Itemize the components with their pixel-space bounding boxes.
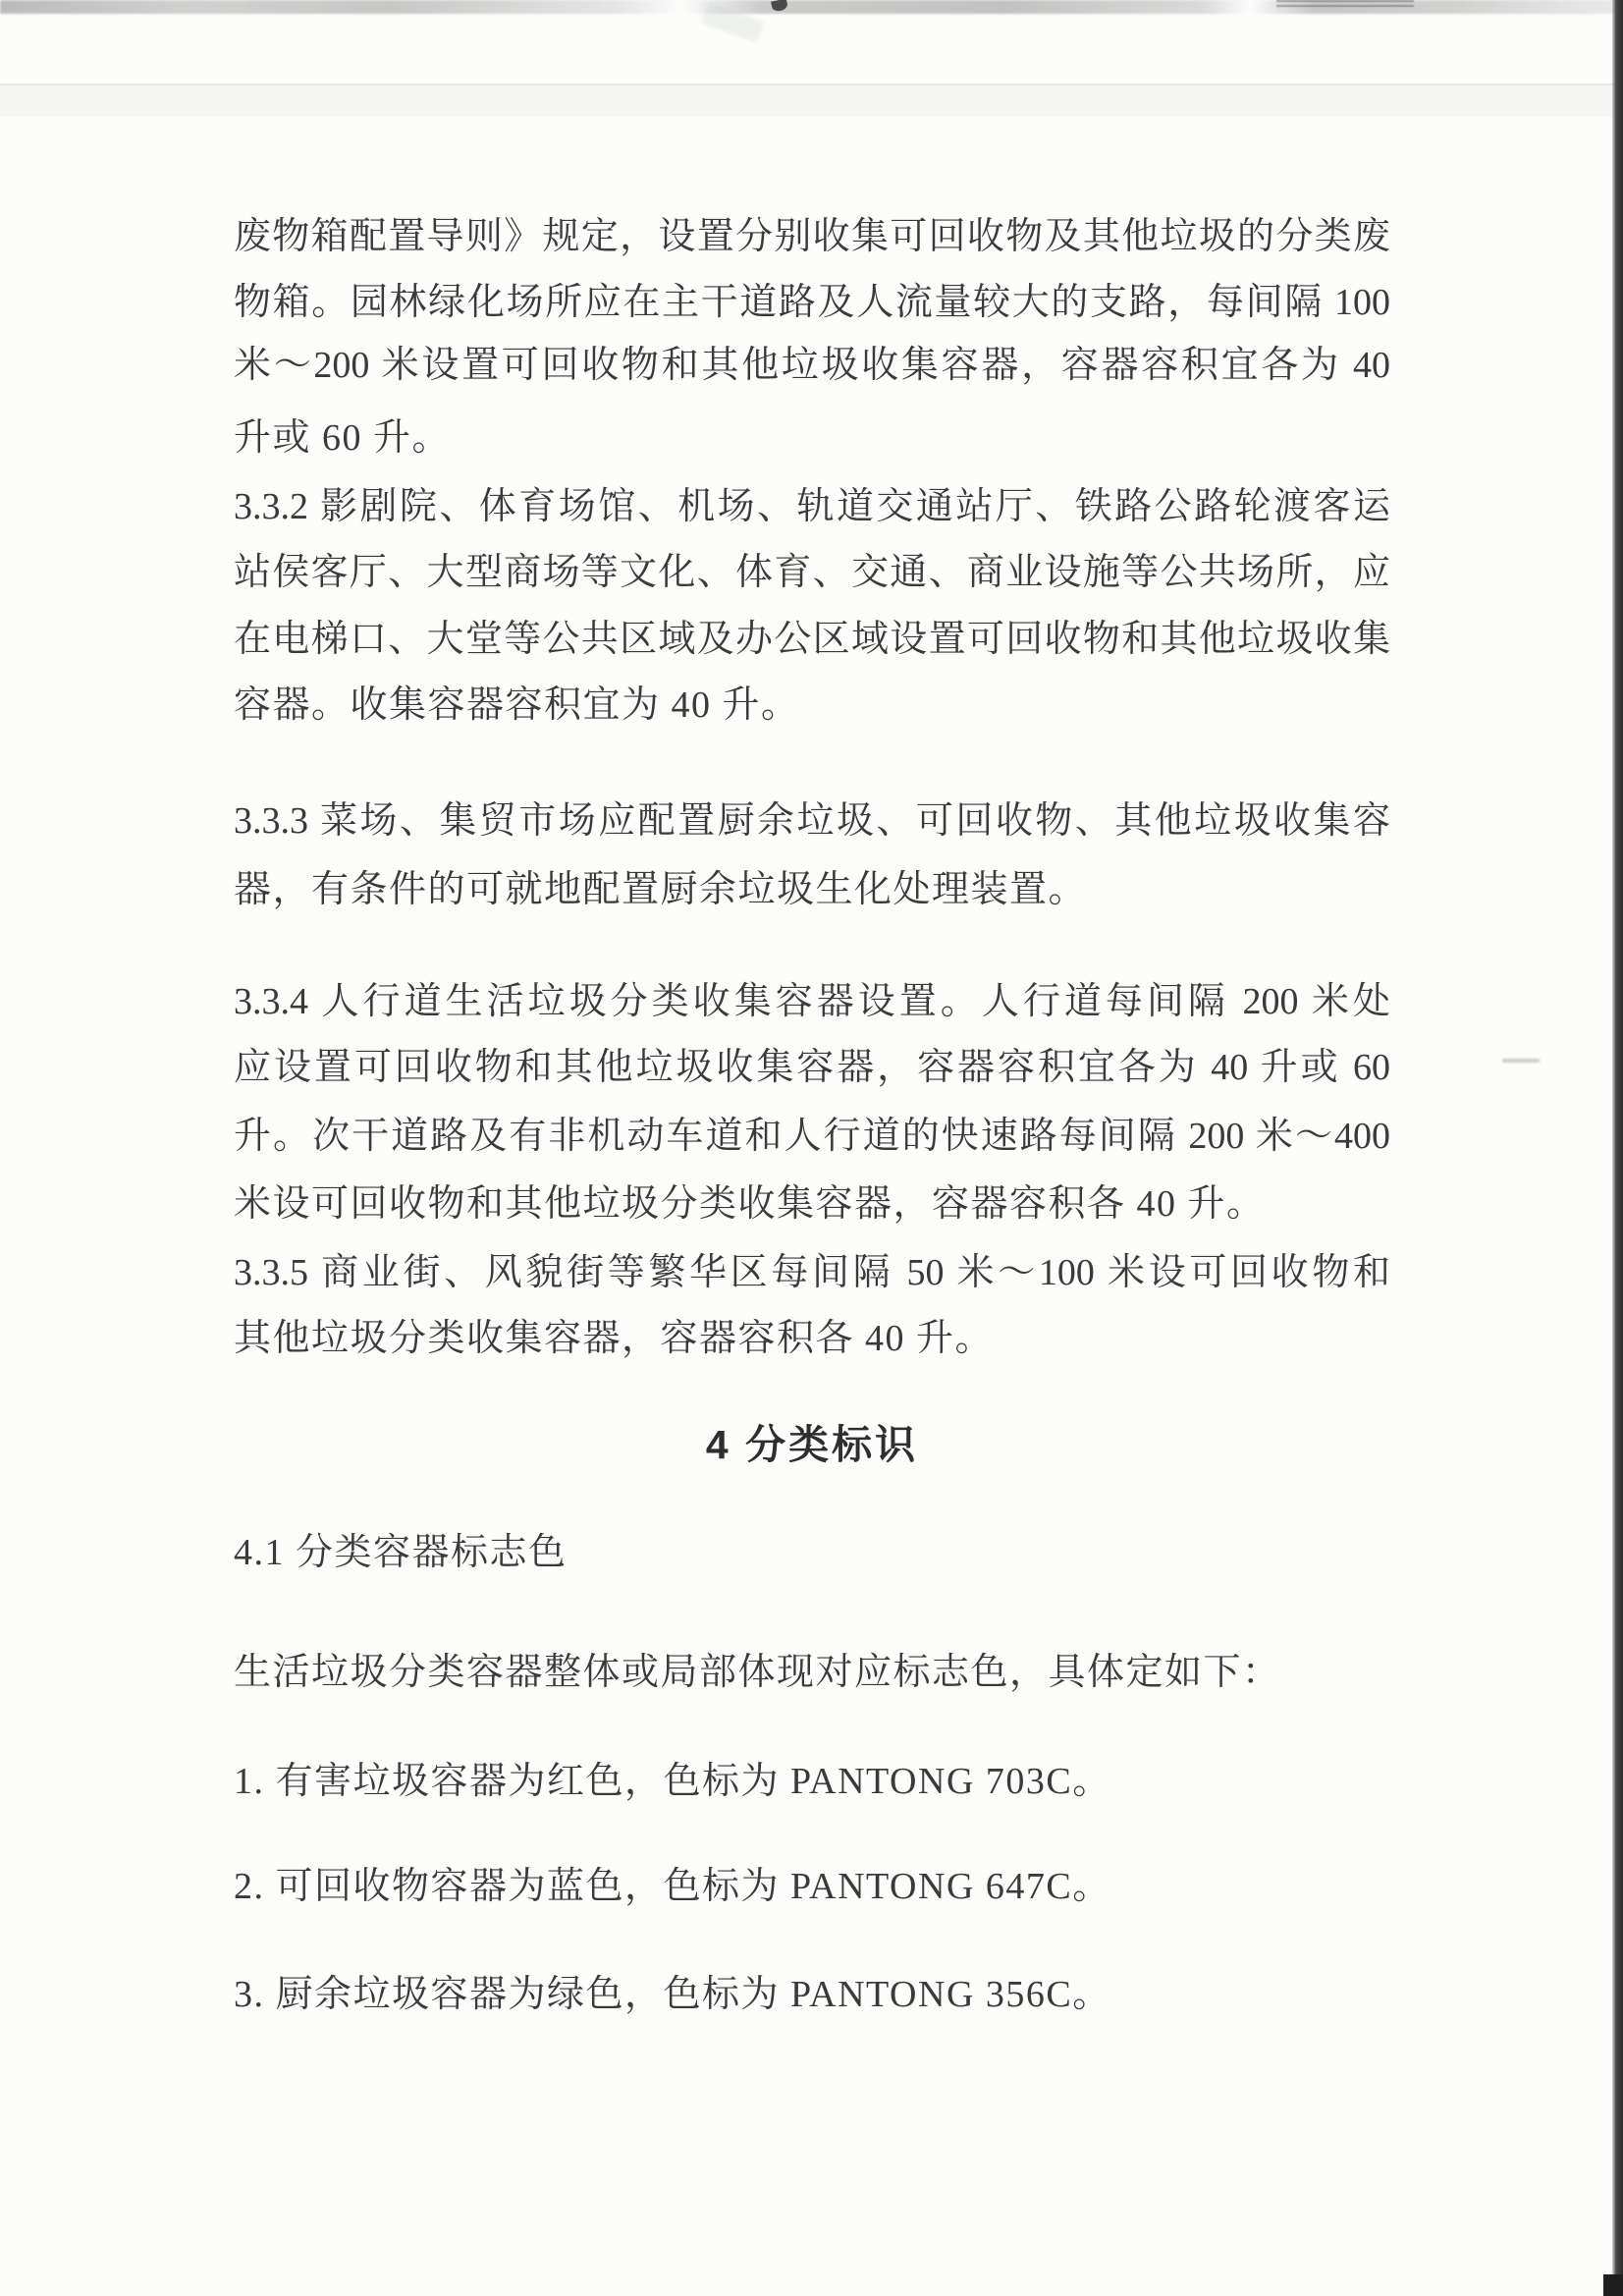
section-heading: 4 分类标识 [234,1420,1390,1469]
scan-top-right-artifact [1276,0,1414,9]
text-line: 米设可回收物和其他垃圾分类收集容器，容器容积各 40 升。 [234,1179,1390,1229]
text-line: 废物箱配置导则》规定，设置分别收集可回收物及其他垃圾的分类废 [234,212,1390,261]
text-line: 升或 60 升。 [234,413,1390,463]
document-page: 废物箱配置导则》规定，设置分别收集可回收物及其他垃圾的分类废 物箱。园林绿化场所… [0,0,1623,2296]
text-line: 其他垃圾分类收集容器，容器容积各 40 升。 [234,1314,1390,1363]
subsection-heading: 4.1 分类容器标志色 [234,1528,1390,1577]
text-line: 3.3.2 影剧院、体育场馆、机场、轨道交通站厅、铁路公路轮渡客运 [234,482,1390,531]
text-line: 3.3.5 商业街、风貌街等繁华区每间隔 50 米～100 米设可回收物和 [234,1248,1390,1297]
text-line: 站侯客厅、大型商场等文化、体育、交通、商业设施等公共场所，应 [234,548,1390,597]
text-line: 物箱。园林绿化场所应在主干道路及人流量较大的支路，每间隔 100 [234,278,1390,327]
text-line: 器，有条件的可就地配置厨余垃圾生化处理装置。 [234,865,1390,914]
text-line: 3.3.4 人行道生活垃圾分类收集容器设置。人行道每间隔 200 米处 [234,977,1390,1026]
text-line: 应设置可回收物和其他垃圾收集容器，容器容积宜各为 40 升或 60 [234,1043,1390,1092]
scan-right-edge-artifact [1612,0,1623,2296]
text-line: 在电梯口、大堂等公共区域及办公区域设置可回收物和其他垃圾收集 [234,615,1390,664]
text-line: 升。次干道路及有非机动车道和人行道的快速路每间隔 200 米～400 [234,1112,1390,1161]
scan-dash-artifact [1502,1059,1540,1063]
text-line: 3.3.3 菜场、集贸市场应配置厨余垃圾、可回收物、其他垃圾收集容 [234,796,1390,846]
text-line: 米～200 米设置可回收物和其他垃圾收集容器，容器容积宜各为 40 [234,341,1390,390]
scan-band-artifact [0,83,1623,117]
intro-line: 生活垃圾分类容器整体或局部体现对应标志色，具体定如下： [234,1648,1390,1697]
list-item: 1. 有害垃圾容器为红色，色标为 PANTONG 703C。 [234,1757,1390,1806]
list-item: 3. 厨余垃圾容器为绿色，色标为 PANTONG 356C。 [234,1970,1390,2019]
text-line: 容器。收集容器容积宜为 40 升。 [234,681,1390,730]
scan-corner-artifact [1603,2274,1623,2296]
list-item: 2. 可回收物容器为蓝色，色标为 PANTONG 647C。 [234,1862,1390,1911]
